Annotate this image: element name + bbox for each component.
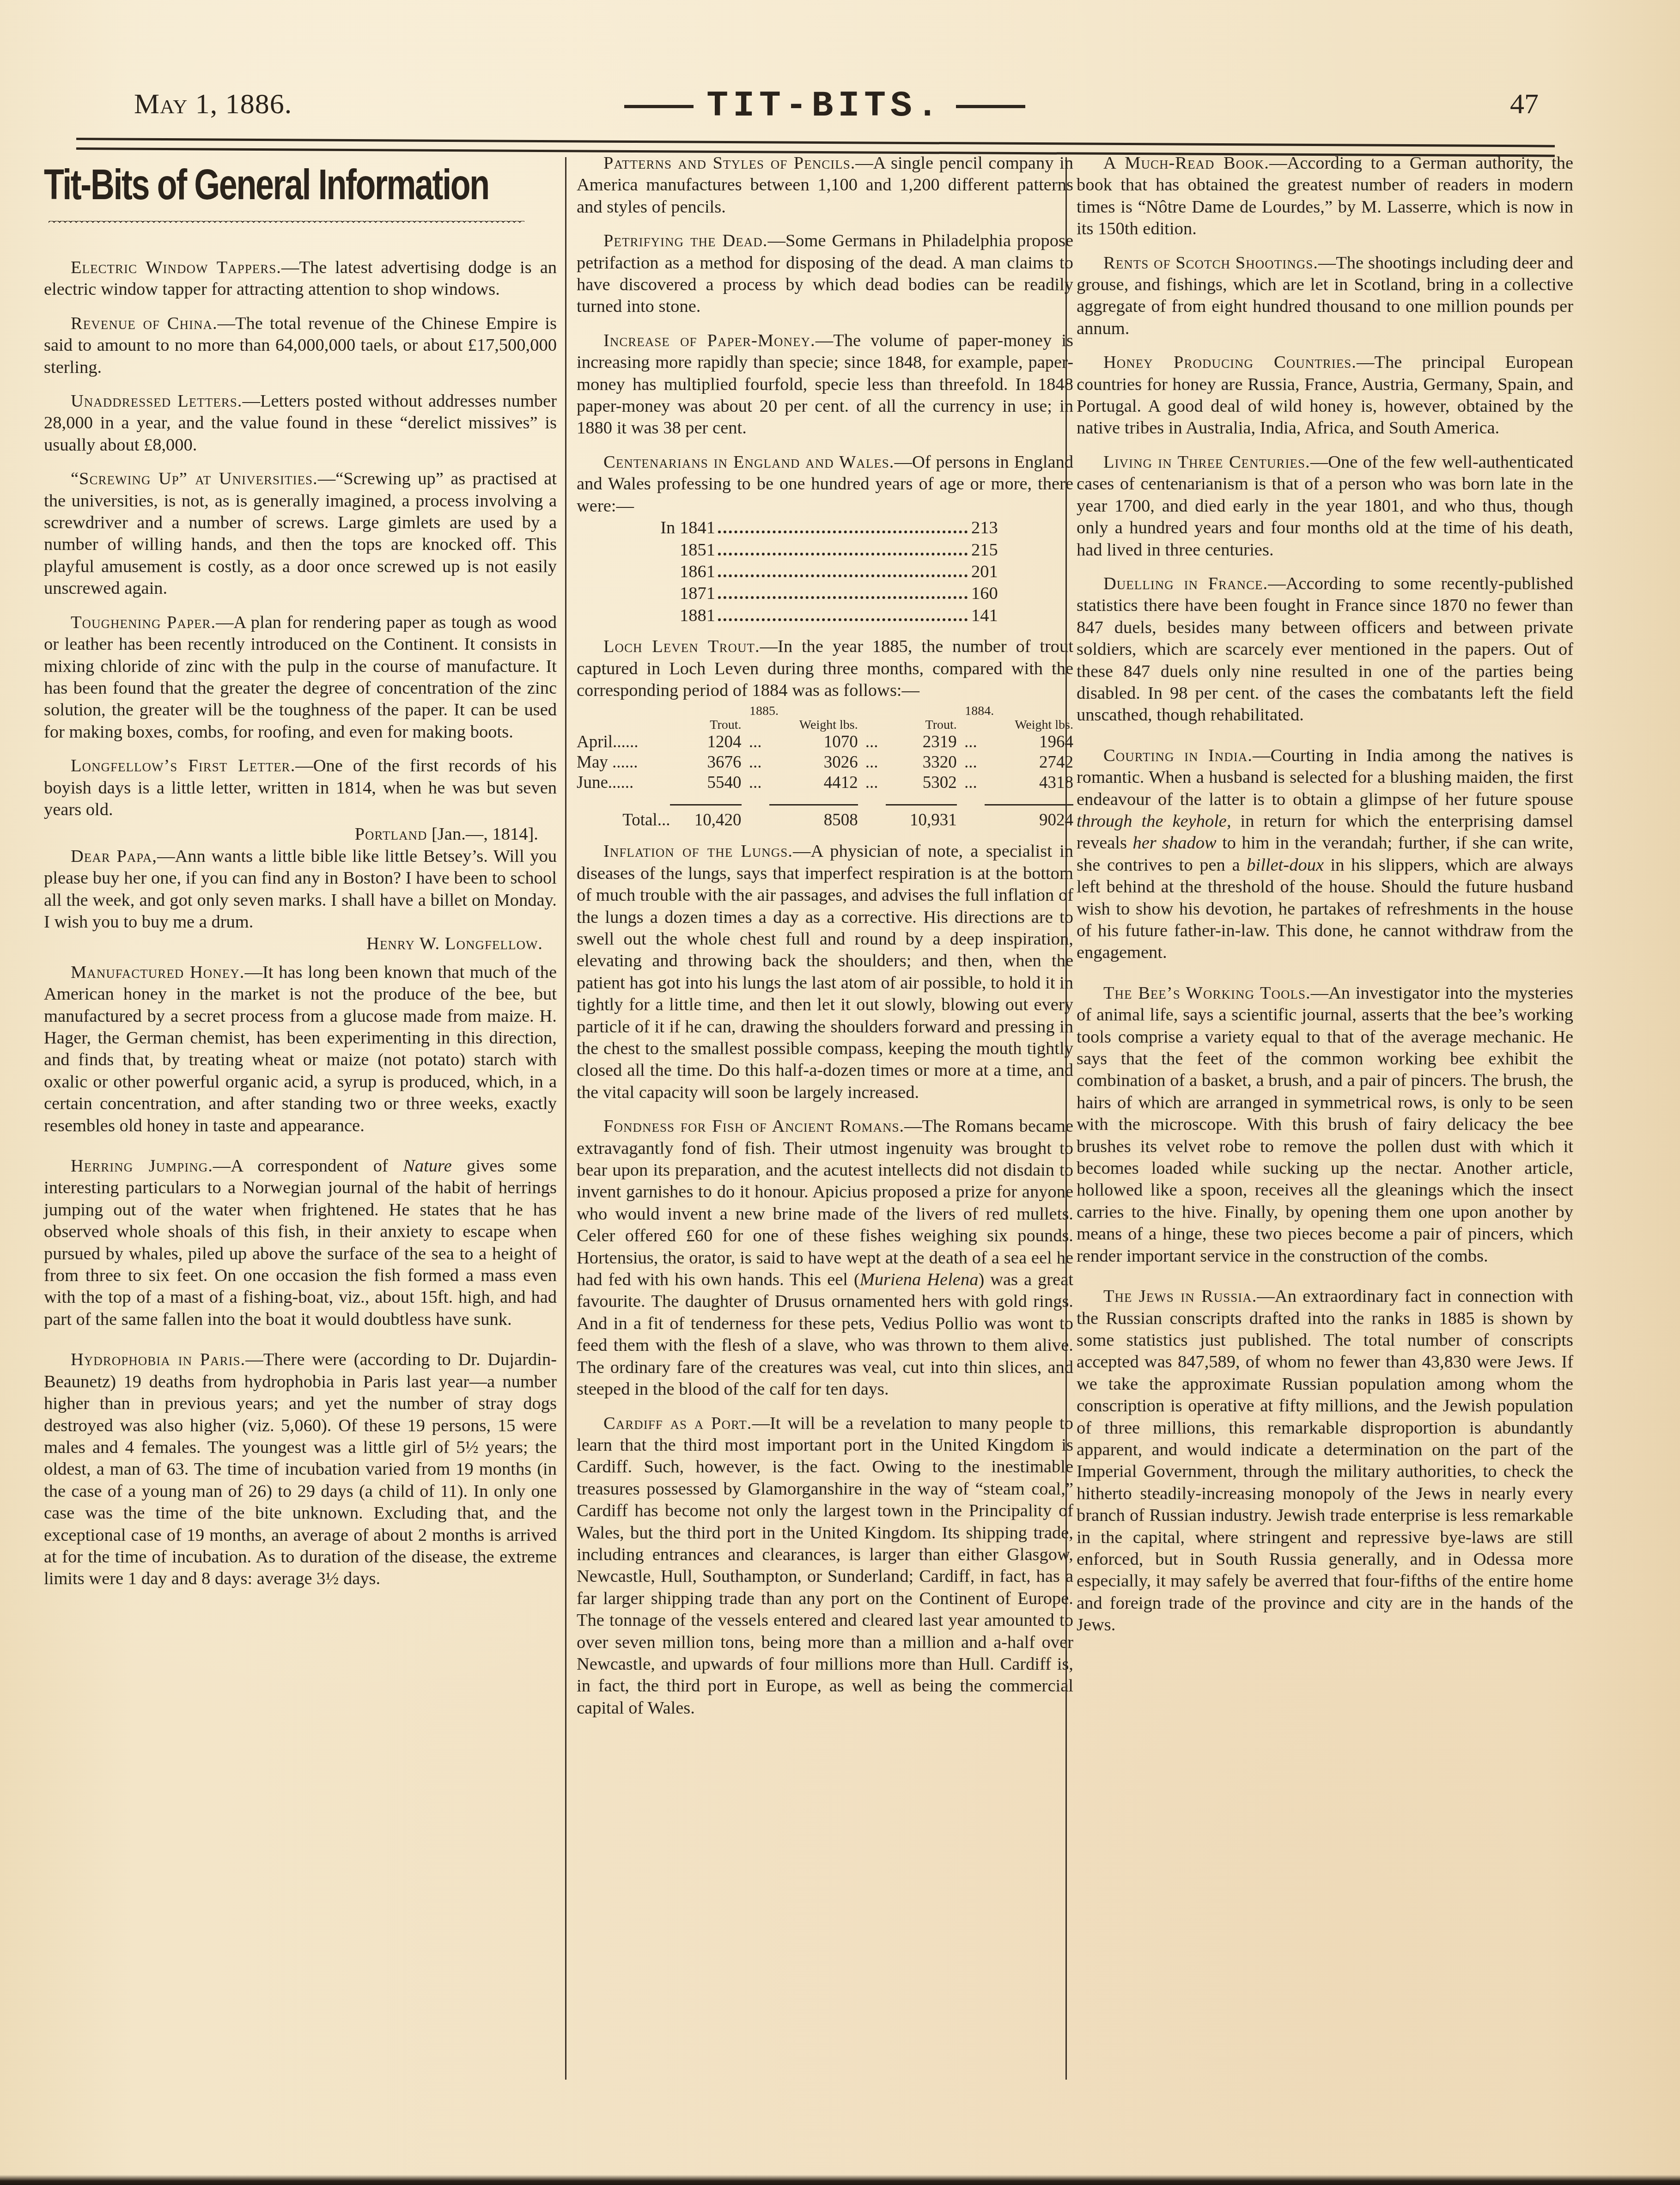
article-bee-tools: The Bee’s Working Tools.—An investigator…: [1077, 983, 1573, 1267]
letter-text: Dear Papa,—Ann wants a little bible like…: [44, 846, 557, 934]
article-heading: Duelling in France.: [1103, 574, 1268, 593]
article-heading: Fondness for Fish of Ancient Romans.: [603, 1117, 904, 1136]
table-sum-rule: [577, 793, 1073, 805]
article-heading: “Screwing Up” at Universities.: [71, 469, 318, 488]
article-manufactured-honey: Manufactured Honey.—It has long been kno…: [44, 962, 557, 1137]
article-heading: Electric Window Tappers.: [71, 258, 281, 277]
table-year-header: 1885. 1884.: [577, 704, 1073, 718]
article-centenarians: Centenarians in England and Wales.—Of pe…: [577, 452, 1073, 517]
centenarians-list: In 1841213 1851215 1861201 1871160 18811…: [577, 517, 1073, 627]
article-heading: The Jews in Russia.: [1103, 1287, 1257, 1306]
table-column-header: Trout. Weight lbs. Trout. Weight lbs.: [577, 718, 1073, 732]
wavy-rule: [49, 221, 524, 227]
article-unaddressed-letters: Unaddressed Letters.—Letters posted with…: [44, 391, 557, 456]
letter-date: [Jan.—, 1814].: [427, 824, 538, 844]
article-petrifying: Petrifying the Dead.—Some Germans in Phi…: [577, 230, 1073, 318]
article-heading: Courting in India.: [1103, 746, 1253, 765]
article-courting-in-india: Courting in India.—Courting in India amo…: [1077, 745, 1573, 964]
article-heading: Inflation of the Lungs.: [603, 842, 793, 861]
letter-signature: Henry W. Longfellow.: [44, 933, 543, 955]
article-heading: Patterns and Styles of Pencils.: [603, 153, 855, 173]
title-rule-left: [624, 105, 694, 108]
article-electric-window-tappers: Electric Window Tappers.—The latest adve…: [44, 257, 557, 301]
article-heading: The Bee’s Working Tools.: [1103, 983, 1311, 1003]
publication-title: TIT-BITS.: [706, 86, 943, 127]
column-middle: Patterns and Styles of Pencils.—A single…: [577, 153, 1073, 1731]
article-scotch-shootings: Rents of Scotch Shootings.—The shootings…: [1077, 252, 1573, 340]
page-number: 47: [1510, 88, 1539, 121]
page-bottom-edge: [0, 2175, 1680, 2185]
article-inflation-of-lungs: Inflation of the Lungs.—A physician of n…: [577, 841, 1073, 1104]
article-body-italic: Muriena Helena: [860, 1270, 979, 1289]
article-heading: Rents of Scotch Shootings.: [1103, 253, 1318, 273]
column-left: Tit-Bits of General Information Electric…: [44, 153, 557, 1602]
masthead-title-group: TIT-BITS.: [582, 86, 1067, 127]
issue-date: May 1, 1886.: [134, 88, 292, 121]
article-heading: Hydrophobia in Paris.: [71, 1350, 245, 1369]
article-body: —A correspondent of: [213, 1156, 403, 1176]
article-body-italic: Nature: [403, 1156, 452, 1176]
letter-place: Portland: [355, 824, 427, 844]
article-heading: Living in Three Centuries.: [1103, 452, 1310, 472]
leader-dots: [718, 596, 968, 599]
column-right: A Much-Read Book.—According to a German …: [1077, 153, 1573, 1648]
article-much-read-book: A Much-Read Book.—According to a German …: [1077, 153, 1573, 240]
article-heading: Toughening Paper.: [71, 613, 216, 632]
leader-dots: [718, 618, 968, 621]
article-heading: Centenarians in England and Wales.: [603, 452, 894, 472]
article-body-italic: through the keyhole,: [1077, 812, 1231, 831]
table-total-row: Total... 10,420 8508 10,931 9024: [577, 805, 1073, 831]
masthead: May 1, 1886. TIT-BITS. 47: [134, 88, 1585, 125]
list-item: 1851215: [577, 539, 1073, 561]
article-heading: Unaddressed Letters.: [71, 391, 242, 411]
list-item: 1861201: [577, 561, 1073, 583]
article-revenue-of-china: Revenue of China.—The total revenue of t…: [44, 313, 557, 378]
article-body: —The Romans became extravagantly fond of…: [577, 1117, 1073, 1289]
article-heading: Increase of Paper-Money.: [603, 331, 816, 350]
trout-table: 1885. 1884. Trout. Weight lbs. Trout. We…: [577, 704, 1073, 830]
article-body-italic: her shadow: [1132, 833, 1216, 853]
article-heading: Honey Producing Countries.: [1103, 353, 1357, 372]
leader-dots: [718, 553, 968, 555]
article-body: —It has long been known that much of the…: [44, 963, 557, 1135]
article-body: —A physician of note, a specialist in di…: [577, 842, 1073, 1102]
article-roman-fish: Fondness for Fish of Ancient Romans.—The…: [577, 1116, 1073, 1400]
article-duelling: Duelling in France.—According to some re…: [1077, 573, 1573, 726]
article-heading: Cardiff as a Port.: [603, 1414, 752, 1433]
list-item: 1881141: [577, 605, 1073, 627]
article-heading: Herring Jumping.: [71, 1156, 213, 1176]
article-heading: A Much-Read Book.: [1103, 153, 1269, 173]
article-heading: Manufactured Honey.: [71, 963, 244, 982]
article-heading: Petrifying the Dead.: [603, 231, 767, 250]
article-paper-money: Increase of Paper-Money.—The volume of p…: [577, 330, 1073, 439]
article-longfellow: Longfellow’s First Letter.—One of the fi…: [44, 755, 557, 821]
article-hydrophobia: Hydrophobia in Paris.—There were (accord…: [44, 1349, 557, 1590]
article-honey-countries: Honey Producing Countries.—The principal…: [1077, 352, 1573, 439]
newspaper-page: May 1, 1886. TIT-BITS. 47 Tit-Bits of Ge…: [0, 0, 1680, 2185]
article-body: —According to some recently-published st…: [1077, 574, 1573, 725]
list-item: In 1841213: [577, 517, 1073, 539]
section-title: Tit-Bits of General Information: [44, 162, 548, 208]
article-pencils: Patterns and Styles of Pencils.—A single…: [577, 153, 1073, 218]
article-toughening-paper: Toughening Paper.—A plan for rendering p…: [44, 612, 557, 743]
article-body: —There were (according to Dr. Dujardin-B…: [44, 1350, 557, 1588]
article-body: —An extraordinary fact in connection wit…: [1077, 1287, 1573, 1635]
article-body: —It will be a revelation to many people …: [577, 1414, 1073, 1718]
column-divider: [565, 157, 566, 2080]
table-row: May ...... 3676 ... 3026 ... 3320 ... 27…: [577, 752, 1073, 773]
letter-salutation: Dear Papa,: [71, 847, 157, 866]
article-loch-leven: Loch Leven Trout.—In the year 1885, the …: [577, 636, 1073, 702]
article-screwing-up: “Screwing Up” at Universities.—“Screwing…: [44, 468, 557, 599]
list-item: 1871160: [577, 583, 1073, 604]
table-row: April...... 1204 ... 1070 ... 2319 ... 1…: [577, 732, 1073, 752]
article-body: gives some interesting particulars to a …: [44, 1156, 557, 1329]
title-rule-right: [956, 105, 1025, 108]
leader-dots: [718, 574, 968, 577]
article-body-italic: billet-doux: [1247, 855, 1324, 875]
article-heading: Loch Leven Trout.: [603, 637, 760, 656]
article-heading: Longfellow’s First Letter.: [71, 756, 295, 775]
article-heading: Revenue of China.: [71, 314, 218, 333]
article-jews-in-russia: The Jews in Russia.—An extraordinary fac…: [1077, 1286, 1573, 1636]
article-body: —An investigator into the mysteries of a…: [1077, 983, 1573, 1266]
article-herring-jumping: Herring Jumping.—A correspondent of Natu…: [44, 1155, 557, 1331]
article-cardiff: Cardiff as a Port.—It will be a revelati…: [577, 1413, 1073, 1720]
table-row: June...... 5540 ... 4412 ... 5302 ... 43…: [577, 773, 1073, 793]
article-three-centuries: Living in Three Centuries.—One of the fe…: [1077, 452, 1573, 561]
letter-place-date: Portland [Jan.—, 1814].: [44, 824, 538, 845]
leader-dots: [718, 531, 968, 533]
